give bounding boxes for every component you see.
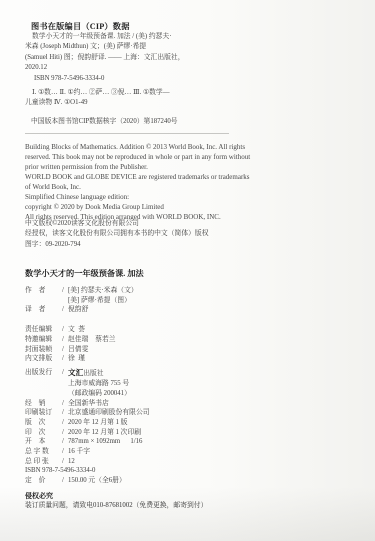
colophon-value: 吕倩雯 <box>68 345 88 355</box>
colophon-row: 封面装帧/吕倩雯 <box>25 345 150 355</box>
colophon-label: 开 本 <box>25 437 58 447</box>
colophon-row: ISBN 978-7-5496-3334-0 <box>25 466 150 476</box>
colophon-separator: / <box>58 428 68 438</box>
colophon-separator: / <box>58 286 68 296</box>
text-line: 儿童读物 Ⅳ. ①O1-49 <box>25 98 170 108</box>
binding-quality-note: 装订质量问题，请致电010-87681002（免费更换，邮寄到付） <box>25 501 207 511</box>
colophon-separator: / <box>58 457 68 467</box>
colophon-separator: / <box>58 437 68 447</box>
colophon-label: 经 销 <box>25 399 58 409</box>
colophon-value: 徐 瑾 <box>68 354 85 364</box>
chinese-copyright-notice: 中文版权©2020读客文化股份有限公司经授权，读客文化股份有限公司拥有本书的中文… <box>25 219 209 250</box>
colophon-row: 出版发行/文汇出版社 <box>25 368 150 379</box>
divider-rule <box>25 133 229 134</box>
colophon-label: 作 者 <box>25 286 58 296</box>
text-line: of World Book, Inc. <box>25 182 250 192</box>
cip-registry: 中国版本图书馆CIP数据核字（2020）第187240号 <box>31 117 178 127</box>
colophon-label: 总 字 数 <box>25 447 58 457</box>
colophon-label: 内文排版 <box>25 354 58 364</box>
colophon-credits: 作 者/[美] 约瑟夫·米森（文）[美] 萨缪·希提（图）译 者/倪韵舒责任编辑… <box>25 286 150 486</box>
book-copyright-page: { "cip": { "heading": "图书在版编目（CIP）数据", "… <box>0 0 375 541</box>
colophon-value: （邮政编码 200041） <box>68 389 131 399</box>
colophon-separator: / <box>58 345 68 355</box>
colophon-separator: / <box>58 418 68 428</box>
piracy-warning: 侵权必究 <box>25 491 53 501</box>
text-line: 2020.12 <box>25 63 185 73</box>
cip-classification: Ⅰ. ①数… Ⅱ. ①约… ②萨… ③倪… Ⅲ. ①数学—儿童读物 Ⅳ. ①O1… <box>25 88 170 109</box>
colophon-row: 内文排版/徐 瑾 <box>25 354 150 364</box>
text-line: Simplified Chinese language edition: <box>25 192 250 202</box>
colophon-row: 总 印 张/12 <box>25 457 150 467</box>
text-line: 米森 (Joseph Midthun) 文；(美) 萨缪·希提 <box>25 42 185 52</box>
colophon-separator: / <box>58 399 68 409</box>
colophon-row: [美] 萨缪·希提（图） <box>25 296 150 306</box>
colophon-separator: / <box>58 335 68 345</box>
colophon-row: 作 者/[美] 约瑟夫·米森（文） <box>25 286 150 296</box>
text-line: 数学小天才的一年级预备课. 加法 / (美) 约瑟夫· <box>25 32 185 42</box>
colophon-value: 2020 年 12 月第 1 版 <box>68 418 127 428</box>
publisher-logo: 文汇 <box>68 368 83 377</box>
colophon-value: 赵佳瑞 蔡若兰 <box>68 335 116 345</box>
colophon-value: 全国新华书店 <box>68 399 109 409</box>
colophon-label: 定 价 <box>25 476 58 486</box>
colophon-label: 版 次 <box>25 418 58 428</box>
colophon-separator: / <box>58 447 68 457</box>
colophon-value: ISBN 978-7-5496-3334-0 <box>25 466 95 476</box>
text-line: reserved. This book may not be reproduce… <box>25 152 250 162</box>
cip-isbn: ISBN 978-7-5496-3334-0 <box>34 74 104 84</box>
colophon-row <box>25 315 150 325</box>
colophon-separator: / <box>58 368 68 379</box>
english-copyright-notice: Building Blocks of Mathematics. Addition… <box>25 142 250 222</box>
text-line: WORLD BOOK and GLOBE DEVICE are register… <box>25 172 250 182</box>
colophon-row: 定 价/150.00 元（全6册） <box>25 476 150 486</box>
colophon-value: 16 千字 <box>68 447 90 457</box>
colophon-separator: / <box>58 305 68 315</box>
text-line: copyright © 2020 by Dook Media Group Lim… <box>25 202 250 212</box>
colophon-row: （邮政编码 200041） <box>25 389 150 399</box>
colophon-value: 12 <box>68 457 75 467</box>
cip-heading: 图书在版编目（CIP）数据 <box>31 21 130 32</box>
colophon-label: 特邀编辑 <box>25 335 58 345</box>
cip-paragraph: 数学小天才的一年级预备课. 加法 / (美) 约瑟夫·米森 (Joseph Mi… <box>25 32 185 74</box>
colophon-pad <box>25 389 68 399</box>
colophon-row: 上海市威海路 755 号 <box>25 379 150 389</box>
text-line: prior written permission from the Publis… <box>25 162 250 172</box>
colophon-label: 印刷装订 <box>25 408 58 418</box>
colophon-separator: / <box>58 476 68 486</box>
colophon-pad <box>25 379 68 389</box>
colophon-pad <box>25 296 68 306</box>
colophon-row: 开 本/787mm × 1092mm 1/16 <box>25 437 150 447</box>
colophon-row: 印刷装订/北京盛通印刷股份有限公司 <box>25 408 150 418</box>
colophon-separator: / <box>58 325 68 335</box>
colophon-row: 译 者/倪韵舒 <box>25 305 150 315</box>
colophon-row: 总 字 数/16 千字 <box>25 447 150 457</box>
colophon-separator: / <box>58 408 68 418</box>
colophon-value: [美] 约瑟夫·米森（文） <box>68 286 138 296</box>
colophon-value: 倪韵舒 <box>68 305 88 315</box>
colophon-row: 特邀编辑/赵佳瑞 蔡若兰 <box>25 335 150 345</box>
text-line: Building Blocks of Mathematics. Addition… <box>25 142 250 152</box>
text-line: 中文版权©2020读客文化股份有限公司 <box>25 219 209 229</box>
colophon-label: 总 印 张 <box>25 457 58 467</box>
text-line: Ⅰ. ①数… Ⅱ. ①约… ②萨… ③倪… Ⅲ. ①数学— <box>25 88 170 98</box>
colophon-value: 787mm × 1092mm 1/16 <box>68 437 142 447</box>
colophon-value: 2020 年 12 月第 1 次印刷 <box>68 428 141 438</box>
colophon-value: 文 荟 <box>68 325 85 335</box>
colophon-value: [美] 萨缪·希提（图） <box>68 296 131 306</box>
colophon-row: 印 次/2020 年 12 月第 1 次印刷 <box>25 428 150 438</box>
colophon-separator: / <box>58 354 68 364</box>
text-line: 图字：09-2020-794 <box>25 240 209 250</box>
colophon-value: 上海市威海路 755 号 <box>68 379 129 389</box>
colophon-value: 文汇出版社 <box>68 368 104 379</box>
colophon-label: 印 次 <box>25 428 58 438</box>
colophon-row: 经 销/全国新华书店 <box>25 399 150 409</box>
book-title: 数学小天才的一年级预备课. 加法 <box>25 268 144 279</box>
colophon-row: 版 次/2020 年 12 月第 1 版 <box>25 418 150 428</box>
colophon-value: 150.00 元（全6册） <box>68 476 126 486</box>
colophon-label: 封面装帧 <box>25 345 58 355</box>
colophon-label: 责任编辑 <box>25 325 58 335</box>
colophon-row: 责任编辑/文 荟 <box>25 325 150 335</box>
colophon-label: 出版发行 <box>25 368 58 379</box>
text-line: (Samuel Hiti) 图；倪韵舒译. —— 上海：文汇出版社， <box>25 53 185 63</box>
colophon-label: 译 者 <box>25 305 58 315</box>
text-line: 经授权，读客文化股份有限公司拥有本书的中文（简体）版权 <box>25 229 209 239</box>
colophon-value: 北京盛通印刷股份有限公司 <box>68 408 150 418</box>
